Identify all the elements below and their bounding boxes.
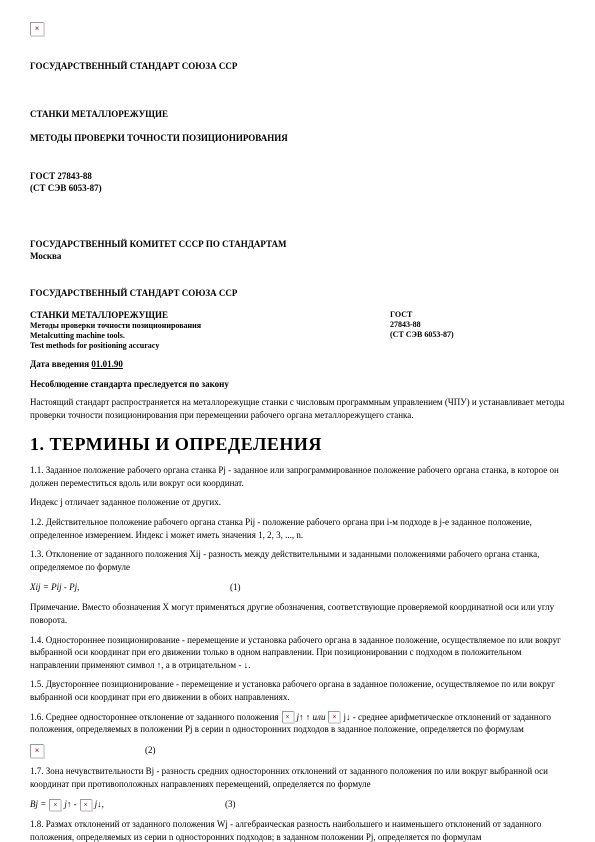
paragraph-1-6: 1.6. Среднее одностороннее отклонение от…	[30, 711, 565, 737]
subtitle-en: Test methods for positioning accuracy	[30, 341, 390, 351]
gost-number-right: 27843-88	[390, 320, 565, 330]
paragraph-1-2: 1.2. Действительное положение рабочего о…	[30, 516, 565, 541]
title-block: СТАНКИ МЕТАЛЛОРЕЖУЩИЕ Методы проверки то…	[30, 310, 565, 351]
subtitle-ru: Методы проверки точности позиционировани…	[30, 321, 390, 331]
title-block-right: ГОСТ 27843-88 (СТ СЭВ 6053-87)	[390, 310, 565, 351]
introduction-date-line: Дата введения 01.01.90	[30, 359, 565, 369]
paragraph-1-6-text-b: j↑ ↑ или	[297, 712, 326, 722]
paragraph-1-7: 1.7. Зона нечувствительности Bj - разнос…	[30, 765, 565, 790]
paragraph-1-1: 1.1. Заданное положение рабочего органа …	[30, 464, 565, 489]
broken-formula-image-icon: ×	[80, 799, 92, 811]
date-label: Дата введения	[30, 359, 89, 369]
document-page: × ГОСУДАРСТВЕННЫЙ СТАНДАРТ СОЮЗА ССР СТА…	[0, 0, 595, 842]
formula-1-expression: Xij = Pij - Pj,	[30, 582, 79, 592]
gost-label: ГОСТ	[390, 310, 565, 320]
broken-formula-image-icon: ×	[328, 711, 340, 723]
formula-3-part2: j↓,	[95, 799, 104, 809]
gost-sev-right: (СТ СЭВ 6053-87)	[390, 330, 565, 340]
date-value: 01.01.90	[91, 359, 123, 369]
header-methods-title: МЕТОДЫ ПРОВЕРКИ ТОЧНОСТИ ПОЗИЦИОНИРОВАНИ…	[30, 133, 565, 144]
paragraph-1-5: 1.5. Двустороннее позиционирование - пер…	[30, 678, 565, 703]
header-gost-block: ГОСТ 27843-88 (СТ СЭВ 6053-87)	[30, 170, 565, 194]
paragraph-1-1-note: Индекс j отличает заданное положение от …	[30, 496, 565, 509]
header-standard-title: ГОСУДАРСТВЕННЫЙ СТАНДАРТ СОЮЗА ССР	[30, 61, 565, 72]
header-machines-title: СТАНКИ МЕТАЛЛОРЕЖУЩИЕ	[30, 109, 565, 120]
formula-3: Bj =×j↑ -×j↓, (3)	[30, 797, 565, 811]
committee-city: Москва	[30, 250, 565, 262]
formula-number: (1)	[230, 580, 241, 594]
title-block-left: СТАНКИ МЕТАЛЛОРЕЖУЩИЕ Методы проверки то…	[30, 310, 390, 351]
broken-formula-image-icon: ×	[282, 711, 294, 723]
formula-number: (3)	[225, 797, 236, 811]
paragraph-1-3: 1.3. Отклонение от заданного положения X…	[30, 548, 565, 573]
header-standard-title-repeat: ГОСУДАРСТВЕННЫЙ СТАНДАРТ СОЮЗА ССР	[30, 288, 565, 299]
broken-formula-image-icon: ×	[30, 744, 44, 758]
committee-name: ГОСУДАРСТВЕННЫЙ КОМИТЕТ СССР ПО СТАНДАРТ…	[30, 238, 565, 250]
law-notice: Несоблюдение стандарта преследуется по з…	[30, 379, 565, 389]
broken-image-icon: ×	[30, 22, 44, 36]
title-en: Metalcutting machine tools.	[30, 331, 390, 341]
paragraph-1-6-text-a: 1.6. Среднее одностороннее отклонение от…	[30, 712, 279, 722]
gost-number: ГОСТ 27843-88	[30, 170, 565, 182]
paragraph-1-8: 1.8. Размах отклонений от заданного поло…	[30, 818, 565, 842]
section-1-heading: 1. ТЕРМИНЫ И ОПРЕДЕЛЕНИЯ	[30, 434, 565, 455]
formula-3-lhs: Bj =	[30, 799, 46, 809]
broken-formula-image-icon: ×	[49, 799, 61, 811]
formula-number: (2)	[145, 743, 156, 757]
formula-1: Xij = Pij - Pj, (1)	[30, 580, 565, 594]
formula-3-part1: j↑ -	[64, 799, 76, 809]
gost-sev-number: (СТ СЭВ 6053-87)	[30, 182, 565, 194]
formula-2: × (2)	[30, 743, 565, 758]
paragraph-1-4: 1.4. Одностороннее позиционирование - пе…	[30, 634, 565, 672]
header-committee-block: ГОСУДАРСТВЕННЫЙ КОМИТЕТ СССР ПО СТАНДАРТ…	[30, 238, 565, 262]
title-ru: СТАНКИ МЕТАЛЛОРЕЖУЩИЕ	[30, 310, 390, 321]
paragraph-1-3-note: Примечание. Вместо обозначения X могут п…	[30, 601, 565, 626]
scope-paragraph: Настоящий стандарт распространяется на м…	[30, 396, 565, 421]
